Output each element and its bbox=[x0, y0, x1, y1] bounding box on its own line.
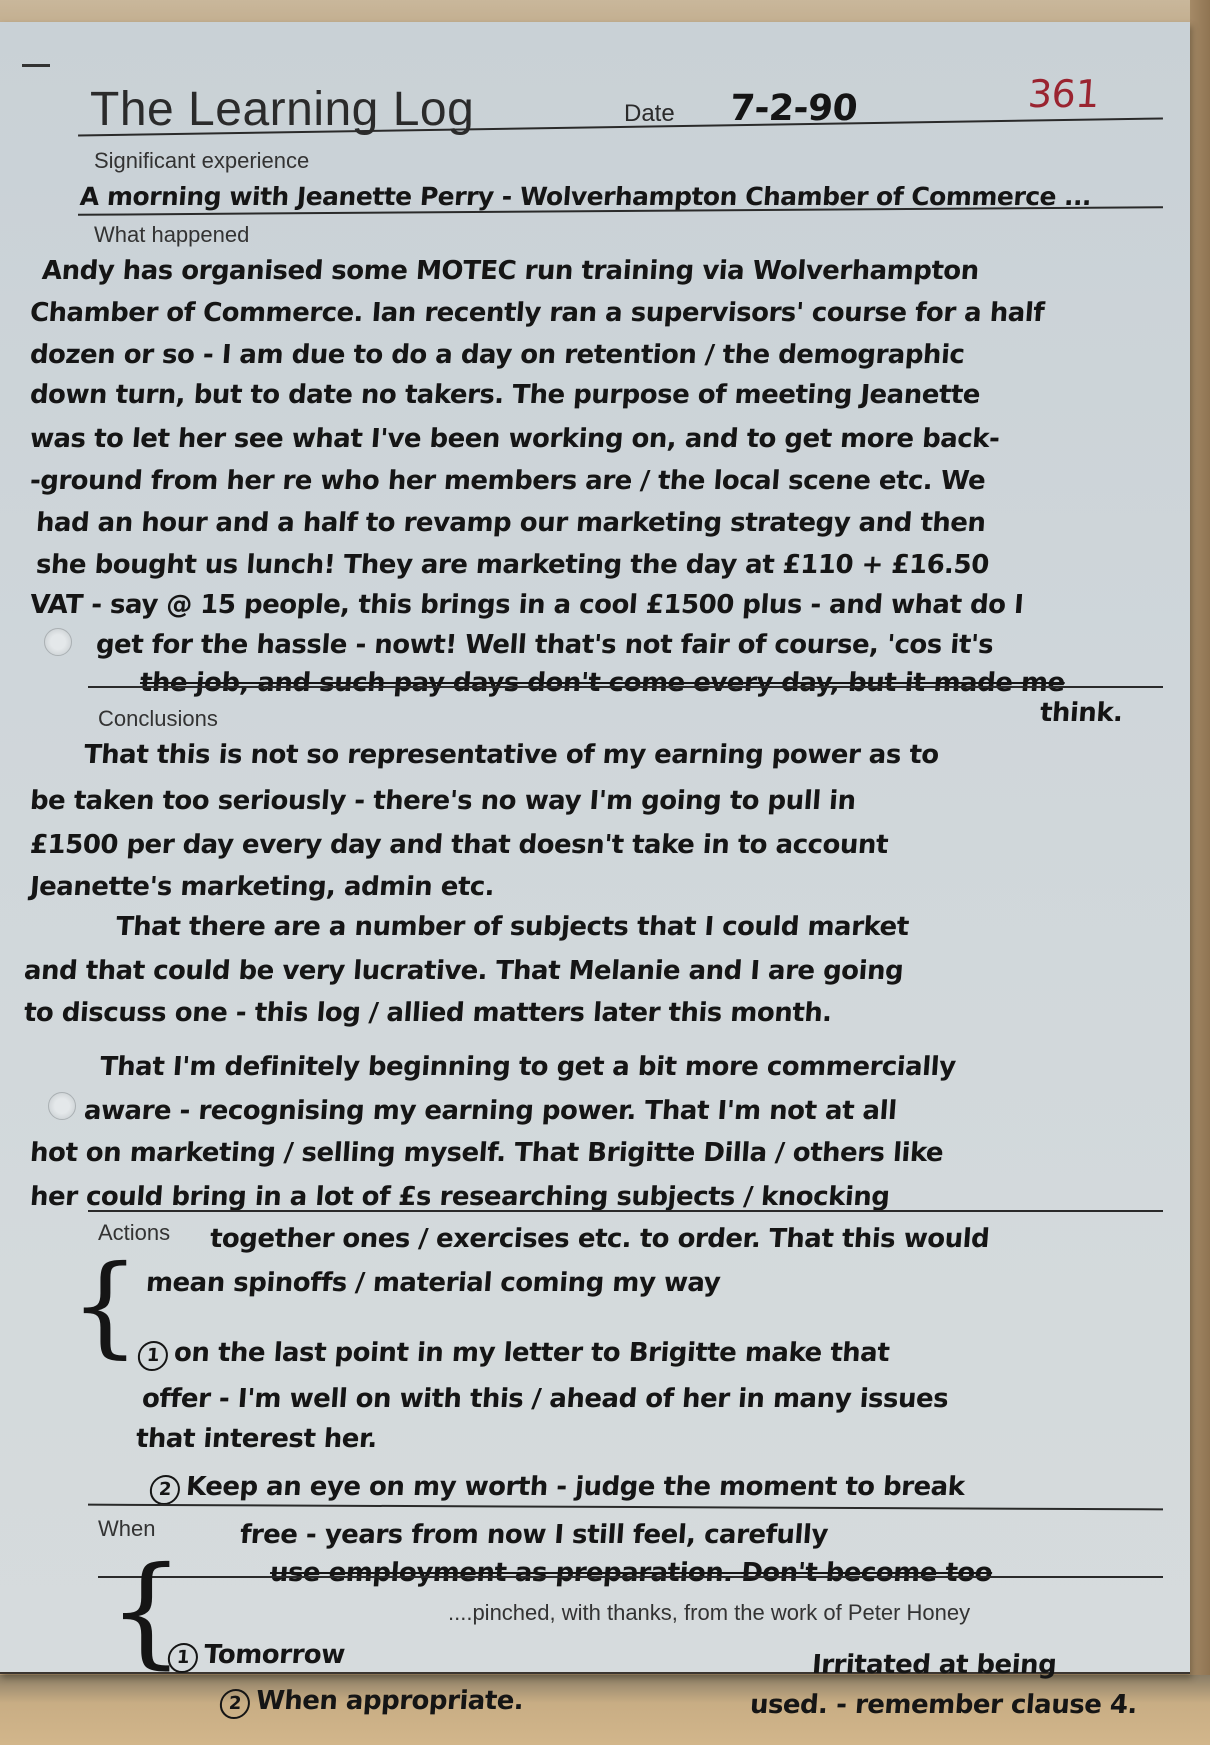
what-happened-line: get for the hassle - nowt! Well that's n… bbox=[95, 630, 994, 660]
actions-bracket-icon: { bbox=[70, 1250, 140, 1360]
conclusions-label: Conclusions bbox=[98, 706, 218, 732]
what-happened-line: was to let her see what I've been workin… bbox=[29, 424, 1000, 454]
conclusions-line: and that could be very lucrative. That M… bbox=[23, 956, 904, 986]
side-note-line: used. - remember clause 4. bbox=[749, 1690, 1138, 1720]
actions-line: that interest her. bbox=[135, 1424, 378, 1454]
what-happened-line: Chamber of Commerce. Ian recently ran a … bbox=[29, 298, 1045, 328]
punch-hole bbox=[48, 1092, 76, 1120]
circled-number-icon: 2 bbox=[219, 1689, 251, 1719]
what-happened-line: dozen or so - I am due to do a day on re… bbox=[29, 340, 965, 370]
what-happened-struck-line: the job, and such pay days don't come ev… bbox=[139, 668, 1066, 698]
conclusions-line: to discuss one - this log / allied matte… bbox=[23, 998, 833, 1028]
when-item-2: 2When appropriate. bbox=[219, 1686, 524, 1719]
circled-number-icon: 1 bbox=[167, 1643, 199, 1673]
significant-experience-text: A morning with Jeanette Perry - Wolverha… bbox=[79, 182, 1092, 211]
what-happened-label: What happened bbox=[94, 222, 249, 248]
actions-item-2: 2Keep an eye on my worth - judge the mom… bbox=[149, 1472, 966, 1505]
conclusions-line: That I'm definitely beginning to get a b… bbox=[99, 1052, 957, 1082]
cork-board-right bbox=[1190, 0, 1210, 1745]
date-label: Date bbox=[624, 100, 675, 128]
circled-number-icon: 2 bbox=[149, 1475, 181, 1505]
actions-line: offer - I'm well on with this / ahead of… bbox=[141, 1384, 949, 1414]
conclusions-line: That this is not so representative of my… bbox=[83, 740, 940, 770]
actions-line: mean spinoffs / material coming my way bbox=[145, 1268, 721, 1298]
when-item-1: 1Tomorrow bbox=[167, 1640, 346, 1673]
conclusions-line: hot on marketing / selling myself. That … bbox=[29, 1138, 944, 1168]
what-happened-rule bbox=[88, 686, 1163, 688]
when-struck-line: use employment as preparation. Don't bec… bbox=[269, 1558, 993, 1588]
what-happened-line: Andy has organised some MOTEC run traini… bbox=[41, 256, 980, 286]
circled-number-icon: 1 bbox=[137, 1341, 169, 1371]
what-happened-line: had an hour and a half to revamp our mar… bbox=[35, 508, 987, 538]
when-label: When bbox=[98, 1516, 155, 1542]
side-note-line: Irritated at being bbox=[811, 1650, 1057, 1680]
learning-log-card: The Learning Log Date 7-2-90 361 Signifi… bbox=[0, 22, 1190, 1674]
conclusions-line: be taken too seriously - there's no way … bbox=[29, 786, 857, 816]
what-happened-line: -ground from her re who her members are … bbox=[29, 466, 986, 496]
when-line: free - years from now I still feel, care… bbox=[239, 1520, 829, 1550]
significant-experience-label: Significant experience bbox=[94, 148, 309, 174]
conclusions-line: aware - recognising my earning power. Th… bbox=[83, 1096, 898, 1126]
conclusions-line: Jeanette's marketing, admin etc. bbox=[29, 872, 495, 902]
conclusions-line: £1500 per day every day and that doesn't… bbox=[29, 830, 889, 860]
what-happened-line: down turn, but to date no takers. The pu… bbox=[29, 380, 981, 410]
actions-line: together ones / exercises etc. to order.… bbox=[209, 1224, 990, 1254]
what-happened-line: VAT - say @ 15 people, this brings in a … bbox=[29, 590, 1024, 620]
punch-hole bbox=[44, 628, 72, 656]
corner-dash bbox=[22, 64, 50, 67]
what-happened-line: think. bbox=[1039, 698, 1124, 728]
what-happened-line: she bought us lunch! They are marketing … bbox=[35, 550, 990, 580]
when-rule bbox=[98, 1576, 1163, 1578]
actions-item-1: 1on the last point in my letter to Brigi… bbox=[137, 1338, 890, 1371]
page-number: 361 bbox=[1026, 72, 1100, 116]
conclusions-rule bbox=[88, 1210, 1163, 1212]
conclusions-line: That there are a number of subjects that… bbox=[115, 912, 910, 942]
credit-line: ....pinched, with thanks, from the work … bbox=[448, 1600, 970, 1626]
conclusions-line: her could bring in a lot of £s researchi… bbox=[29, 1182, 891, 1212]
